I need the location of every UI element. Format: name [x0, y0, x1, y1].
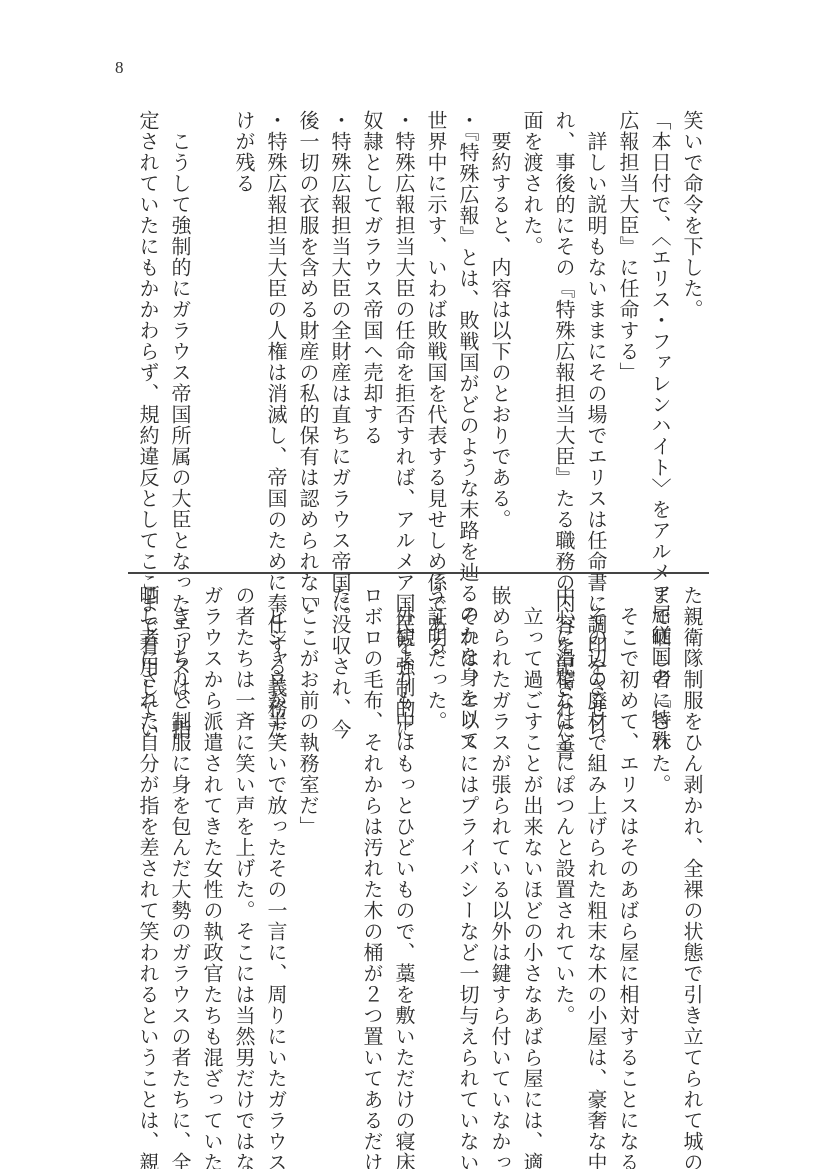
- text-line: まで晒し者にされた。: [644, 585, 676, 1035]
- text-line: きっちりと制服に身を包んだ大勢のガラウスの者たちに、全裸で: [164, 585, 196, 1035]
- text-block-bottom: た親衛隊制服をひん剥かれ、全裸の状態で引き立てられて城の中庭 まで晒し者にされた…: [128, 585, 708, 1035]
- text-line: ・特殊広報担当大臣の人権は消滅し、帝国のために奉仕する義務だ: [260, 110, 292, 560]
- text-line: ・『特殊広報』とは、敗戦国がどのような末路を辿るのかを身を以て: [452, 110, 484, 560]
- text-line: た親衛隊制服をひん剥かれ、全裸の状態で引き立てられて城の中庭: [676, 585, 708, 1035]
- text-line: その辺の廃材で組み上げられた粗末な木の小屋は、豪奢な中庭の: [580, 585, 612, 1035]
- text-line: 奴隷としてガラウス帝国へ売却する: [356, 110, 388, 560]
- text-line: ・特殊広報担当大臣の全財産は直ちにガラウス帝国に没収され、今: [324, 110, 356, 560]
- page-number: 8: [115, 58, 124, 78]
- text-line: こうして強制的にガラウス帝国所属の大臣となったエリスは、指: [164, 110, 196, 560]
- text-line: 笑いで命令を下した。: [676, 110, 708, 560]
- text-line: の者たちは一斉に笑い声を上げた。そこには当然男だけではなく、: [228, 585, 260, 1035]
- text-line: れ、事後的にその『特殊広報担当大臣』たる職務の内容を記された書: [548, 110, 580, 560]
- section-divider: [128, 572, 709, 574]
- text-line: 要約すると、内容は以下のとおりである。: [484, 110, 516, 560]
- text-line: それは、エリスにはプライバシーなど一切与えられていないとい: [452, 585, 484, 1035]
- text-line: 世界中に示す、いわば敗戦国を代表する見せしめ係である: [420, 110, 452, 560]
- text-line: 面を渡された。: [516, 110, 548, 560]
- text-line: 「ここがお前の執務室だ」: [292, 585, 324, 1035]
- text-line: 外観よりも中はもっとひどいもので、藁を敷いただけの寝床にボ: [388, 585, 420, 1035]
- text-line: た。: [324, 585, 356, 1035]
- text-line: ロボロの毛布、それからは汚れた木の桶が２つ置いてあるだけだっ: [356, 585, 388, 1035]
- text-line: 広報担当大臣』に任命する」: [612, 110, 644, 560]
- text-line: う証明だった。: [420, 585, 452, 1035]
- text-line: 嵌められたガラスが張られている以外は鍵すら付いていなかった。: [484, 585, 516, 1035]
- text-line: ガラウスから派遣されてきた女性の執政官たちも混ざっていた。: [196, 585, 228, 1035]
- text-line: ビシャロが半笑いで放ったその一言に、周りにいたガラウス帝国: [260, 585, 292, 1035]
- text-line: 詳しい説明もないままにその場でエリスは任命書に調印をさせら: [580, 110, 612, 560]
- text-line: 後一切の衣服を含める財産の私的保有は認められない: [292, 110, 324, 560]
- text-line: そこで初めて、エリスはそのあばら屋に相対することになる。: [612, 585, 644, 1035]
- text-line: 中心に滑稽なほどにぽつんと設置されていた。: [548, 585, 580, 1035]
- blank-line: ​: [196, 110, 228, 560]
- text-line: 定されていたにもかかわらず、規約違反としてここまで着用してい: [132, 110, 164, 560]
- text-line: ・特殊広報担当大臣の任命を拒否すれば、アルメア国民を強制的に: [388, 110, 420, 560]
- text-line: けが残る: [228, 110, 260, 560]
- text-block-top: 笑いで命令を下した。 「本日付で、〈エリス・ファレンハイト〉をアルメア屈従国の『…: [128, 110, 708, 560]
- text-line: 立って過ごすことが出来ないほどの小さなあばら屋には、適当に: [516, 585, 548, 1035]
- text-line: 晒し者にされた自分が指を差されて笑われるということは、親衛隊: [132, 585, 164, 1035]
- text-line: 「本日付で、〈エリス・ファレンハイト〉をアルメア屈従国の『特殊: [644, 110, 676, 560]
